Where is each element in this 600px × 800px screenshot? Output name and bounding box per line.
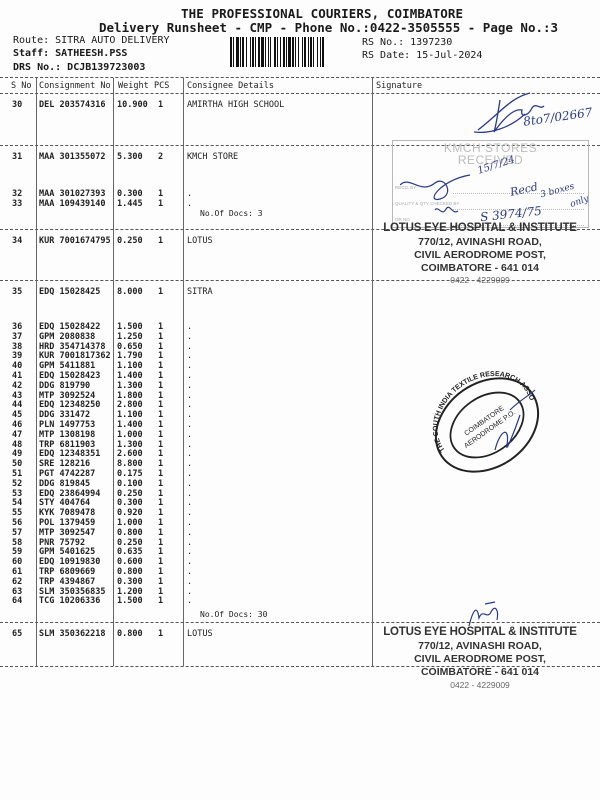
serial-number: 62 [12, 577, 22, 587]
pieces-count: 1 [158, 400, 163, 410]
weight-value: 0.300 [117, 498, 143, 508]
pieces-count: 1 [158, 361, 163, 371]
serial-number: 40 [12, 361, 22, 371]
consignment-number: MTP 3092547 [39, 528, 95, 538]
pieces-count: 1 [158, 567, 163, 577]
consignment-number: SRE 128216 [39, 459, 90, 469]
consignment-number: KUR 7001674795 [39, 236, 111, 246]
consignee-dot: . [187, 538, 192, 548]
weight-value: 0.800 [117, 528, 143, 538]
column-header-consignee: Consignee Details [187, 81, 274, 91]
weight-value: 1.000 [117, 430, 143, 440]
stamp-line: 770/12, AVINASHI ROAD, [380, 640, 580, 652]
consignee-dot: . [187, 449, 192, 459]
consignment-number: EDQ 12348250 [39, 400, 100, 410]
consignee-dot: . [187, 381, 192, 391]
consignee-name: SITRA [187, 287, 213, 297]
table-top-border [0, 77, 600, 78]
consignee-dot: . [187, 577, 192, 587]
weight-value: 1.200 [117, 587, 143, 597]
weight-value: 0.635 [117, 547, 143, 557]
serial-number: 30 [12, 100, 22, 110]
serial-number: 37 [12, 332, 22, 342]
weight-value: 0.600 [117, 557, 143, 567]
rs-date: RS Date: 15-Jul-2024 [362, 50, 482, 61]
stamp-line: 0422 - 4229009 [380, 275, 580, 285]
pieces-count: 1 [158, 199, 163, 209]
column-header-signature: Signature [376, 81, 422, 91]
consignee-dot: . [187, 322, 192, 332]
consignment-number: MAA 301355072 [39, 152, 106, 162]
weight-value: 8.000 [117, 287, 143, 297]
serial-number: 51 [12, 469, 22, 479]
consignment-number: EDQ 10919830 [39, 557, 100, 567]
seal-inner-text: AERODROME P.O. [463, 409, 517, 450]
pieces-count: 1 [158, 587, 163, 597]
runsheet-barcode [230, 37, 355, 67]
serial-number: 64 [12, 596, 22, 606]
serial-number: 31 [12, 152, 22, 162]
weight-value: 1.790 [117, 351, 143, 361]
consignee-dot: . [187, 420, 192, 430]
consignment-number: POL 1379459 [39, 518, 95, 528]
serial-number: 49 [12, 449, 22, 459]
stamp-line: COIMBATORE - 641 014 [380, 666, 580, 678]
weight-value: 1.500 [117, 596, 143, 606]
sitra-seal: THE SOUTH INDIA TEXTILE RESEARCH ASSOCIA… [425, 370, 550, 480]
weight-value: 2.600 [117, 449, 143, 459]
docs-count: No.Of Docs: 3 [200, 209, 263, 218]
weight-value: 1.300 [117, 381, 143, 391]
consignee-dot: . [187, 459, 192, 469]
serial-number: 56 [12, 518, 22, 528]
pieces-count: 1 [158, 577, 163, 587]
runsheet-subtitle: Delivery Runsheet - CMP - Phone No.:0422… [99, 20, 558, 35]
stamp-line: LOTUS EYE HOSPITAL & INSTITUTE [380, 626, 580, 638]
consignee-name: LOTUS [187, 629, 213, 639]
serial-number: 33 [12, 199, 22, 209]
pieces-count: 1 [158, 479, 163, 489]
consignment-number: DDG 819845 [39, 479, 90, 489]
seal-outer-text: THE SOUTH INDIA TEXTILE RESEARCH ASSOCIA… [425, 370, 535, 453]
consignment-number: MAA 109439140 [39, 199, 106, 209]
consignment-number: DEL 203574316 [39, 100, 106, 110]
consignment-number: MTP 1308198 [39, 430, 95, 440]
weight-value: 0.800 [117, 567, 143, 577]
pieces-count: 1 [158, 538, 163, 548]
serial-number: 36 [12, 322, 22, 332]
consignee-dot: . [187, 518, 192, 528]
serial-number: 55 [12, 508, 22, 518]
weight-value: 1.400 [117, 420, 143, 430]
stamp-line: CIVIL AERODROME POST, [380, 653, 580, 665]
pieces-count: 1 [158, 528, 163, 538]
consignee-dot: . [187, 557, 192, 567]
consignment-number: GPM 2080838 [39, 332, 95, 342]
column-header-consignment: Consignment No [39, 81, 111, 91]
serial-number: 32 [12, 189, 22, 199]
pieces-count: 1 [158, 287, 163, 297]
pieces-count: 1 [158, 449, 163, 459]
pieces-count: 1 [158, 596, 163, 606]
serial-number: 52 [12, 479, 22, 489]
weight-value: 1.000 [117, 518, 143, 528]
column-header-pcs: PCS [154, 81, 169, 91]
drs-number: DRS No.: DCJB139723003 [13, 62, 145, 73]
stamp-line: CIVIL AERODROME POST, [380, 249, 580, 261]
serial-number: 34 [12, 236, 22, 246]
pieces-count: 1 [158, 236, 163, 246]
consignee-dot: . [187, 189, 192, 199]
consignee-name: KMCH STORE [187, 152, 238, 162]
consignee-dot: . [187, 567, 192, 577]
weight-value: 2.800 [117, 400, 143, 410]
consignee-dot: . [187, 508, 192, 518]
consignment-number: SLM 350356835 [39, 587, 106, 597]
consignee-dot: . [187, 400, 192, 410]
consignee-name: LOTUS [187, 236, 213, 246]
consignment-number: GPM 5401625 [39, 547, 95, 557]
serial-number: 53 [12, 489, 22, 499]
weight-value: 0.100 [117, 479, 143, 489]
consignee-dot: . [187, 489, 192, 499]
weight-value: 1.300 [117, 440, 143, 450]
consignment-number: TCG 10206336 [39, 596, 100, 606]
consignee-dot: . [187, 596, 192, 606]
stamp-line: COIMBATORE - 641 014 [380, 262, 580, 274]
weight-value: 0.920 [117, 508, 143, 518]
weight-value: 1.400 [117, 371, 143, 381]
weight-value: 0.250 [117, 236, 143, 246]
row-divider [0, 622, 600, 623]
serial-number: 61 [12, 567, 22, 577]
consignment-number: DDG 819790 [39, 381, 90, 391]
pieces-count: 1 [158, 547, 163, 557]
pieces-count: 1 [158, 332, 163, 342]
consignment-number: TRP 6809669 [39, 567, 95, 577]
serial-number: 41 [12, 371, 22, 381]
column-divider [113, 78, 114, 666]
serial-number: 65 [12, 629, 22, 639]
consignee-dot: . [187, 587, 192, 597]
weight-value: 1.445 [117, 199, 143, 209]
consignee-dot: . [187, 528, 192, 538]
weight-value: 1.500 [117, 322, 143, 332]
consignee-dot: . [187, 332, 192, 342]
pieces-count: 1 [158, 189, 163, 199]
serial-number: 35 [12, 287, 22, 297]
weight-value: 0.175 [117, 469, 143, 479]
consignment-number: MAA 301027393 [39, 189, 106, 199]
serial-number: 46 [12, 420, 22, 430]
consignee-dot: . [187, 469, 192, 479]
pieces-count: 1 [158, 469, 163, 479]
pieces-count: 1 [158, 459, 163, 469]
column-divider [372, 78, 373, 666]
consignment-number: MTP 3092524 [39, 391, 95, 401]
consignee-dot: . [187, 199, 192, 209]
serial-number: 63 [12, 587, 22, 597]
serial-number: 50 [12, 459, 22, 469]
consignment-number: TRP 6811903 [39, 440, 95, 450]
serial-number: 39 [12, 351, 22, 361]
consignment-number: PLN 1497753 [39, 420, 95, 430]
pieces-count: 1 [158, 629, 163, 639]
weight-value: 8.800 [117, 459, 143, 469]
staff-label: Staff: SATHEESH.PSS [13, 48, 127, 59]
stamp-label: RECD. BY [395, 185, 416, 190]
consignee-dot: . [187, 391, 192, 401]
consignment-number: EDQ 23864994 [39, 489, 100, 499]
consignment-number: EDQ 15028423 [39, 371, 100, 381]
pieces-count: 1 [158, 322, 163, 332]
consignment-number: STY 404764 [39, 498, 90, 508]
weight-value: 1.100 [117, 361, 143, 371]
weight-value: 10.900 [117, 100, 148, 110]
pieces-count: 1 [158, 420, 163, 430]
serial-number: 44 [12, 400, 22, 410]
pieces-count: 1 [158, 508, 163, 518]
serial-number: 45 [12, 410, 22, 420]
consignment-number: EDQ 15028425 [39, 287, 100, 297]
weight-value: 0.650 [117, 342, 143, 352]
consignee-dot: . [187, 371, 192, 381]
weight-value: 5.300 [117, 152, 143, 162]
stamp-label: QUALITY & QTY CHECKED BY [395, 201, 459, 206]
weight-value: 1.800 [117, 391, 143, 401]
pieces-count: 1 [158, 391, 163, 401]
pieces-count: 1 [158, 410, 163, 420]
serial-number: 42 [12, 381, 22, 391]
pieces-count: 1 [158, 342, 163, 352]
column-divider [183, 78, 184, 666]
consignee-dot: . [187, 351, 192, 361]
consignee-dot: . [187, 479, 192, 489]
pieces-count: 1 [158, 489, 163, 499]
weight-value: 0.300 [117, 189, 143, 199]
column-header-weight: Weight [118, 81, 149, 91]
consignment-number: DDG 331472 [39, 410, 90, 420]
serial-number: 58 [12, 538, 22, 548]
consignment-number: GPM 5411881 [39, 361, 95, 371]
consignee-dot: . [187, 430, 192, 440]
seal-inner-text: COIMBATORE [463, 405, 505, 438]
svg-text:THE SOUTH INDIA TEXTILE RESEAR: THE SOUTH INDIA TEXTILE RESEARCH ASSOCIA… [425, 370, 535, 453]
pieces-count: 1 [158, 430, 163, 440]
consignment-number: KYK 7089478 [39, 508, 95, 518]
pieces-count: 1 [158, 498, 163, 508]
stamp-line: 0422 - 4229009 [380, 680, 580, 690]
consignment-number: EDQ 15028422 [39, 322, 100, 332]
rs-number: RS No.: 1397230 [362, 37, 452, 48]
consignee-dot: . [187, 361, 192, 371]
column-header-sno: S No [11, 81, 31, 91]
weight-value: 0.250 [117, 489, 143, 499]
weight-value: 0.250 [117, 538, 143, 548]
consignment-number: PGT 4742287 [39, 469, 95, 479]
pieces-count: 1 [158, 100, 163, 110]
pieces-count: 1 [158, 351, 163, 361]
serial-number: 59 [12, 547, 22, 557]
serial-number: 38 [12, 342, 22, 352]
pieces-count: 1 [158, 371, 163, 381]
serial-number: 47 [12, 430, 22, 440]
consignment-number: SLM 350362218 [39, 629, 106, 639]
pieces-count: 1 [158, 557, 163, 567]
weight-value: 0.800 [117, 629, 143, 639]
consignee-name: AMIRTHA HIGH SCHOOL [187, 100, 284, 110]
serial-number: 43 [12, 391, 22, 401]
pieces-count: 1 [158, 518, 163, 528]
consignment-number: EDQ 12348351 [39, 449, 100, 459]
handwritten-code: 8to7/02667 [522, 105, 593, 129]
weight-value: 0.300 [117, 577, 143, 587]
stamp-line: LOTUS EYE HOSPITAL & INSTITUTE [380, 222, 580, 234]
stamp-line: 770/12, AVINASHI ROAD, [380, 236, 580, 248]
serial-number: 57 [12, 528, 22, 538]
consignee-dot: . [187, 440, 192, 450]
consignment-number: KUR 7001817362 [39, 351, 111, 361]
serial-number: 60 [12, 557, 22, 567]
serial-number: 48 [12, 440, 22, 450]
consignee-dot: . [187, 342, 192, 352]
weight-value: 1.100 [117, 410, 143, 420]
consignment-number: HRD 354714378 [39, 342, 106, 352]
pieces-count: 1 [158, 381, 163, 391]
company-title: THE PROFESSIONAL COURIERS, COIMBATORE [181, 6, 463, 21]
pieces-count: 1 [158, 440, 163, 450]
header-divider [0, 93, 600, 94]
consignee-dot: . [187, 547, 192, 557]
consignee-dot: . [187, 498, 192, 508]
serial-number: 54 [12, 498, 22, 508]
docs-count: No.Of Docs: 30 [200, 610, 267, 619]
column-divider [36, 78, 37, 666]
weight-value: 1.250 [117, 332, 143, 342]
consignment-number: PNR 75792 [39, 538, 85, 548]
consignment-number: TRP 4394867 [39, 577, 95, 587]
pieces-count: 2 [158, 152, 163, 162]
route-label: Route: SITRA AUTO DELIVERY [13, 35, 170, 46]
consignee-dot: . [187, 410, 192, 420]
